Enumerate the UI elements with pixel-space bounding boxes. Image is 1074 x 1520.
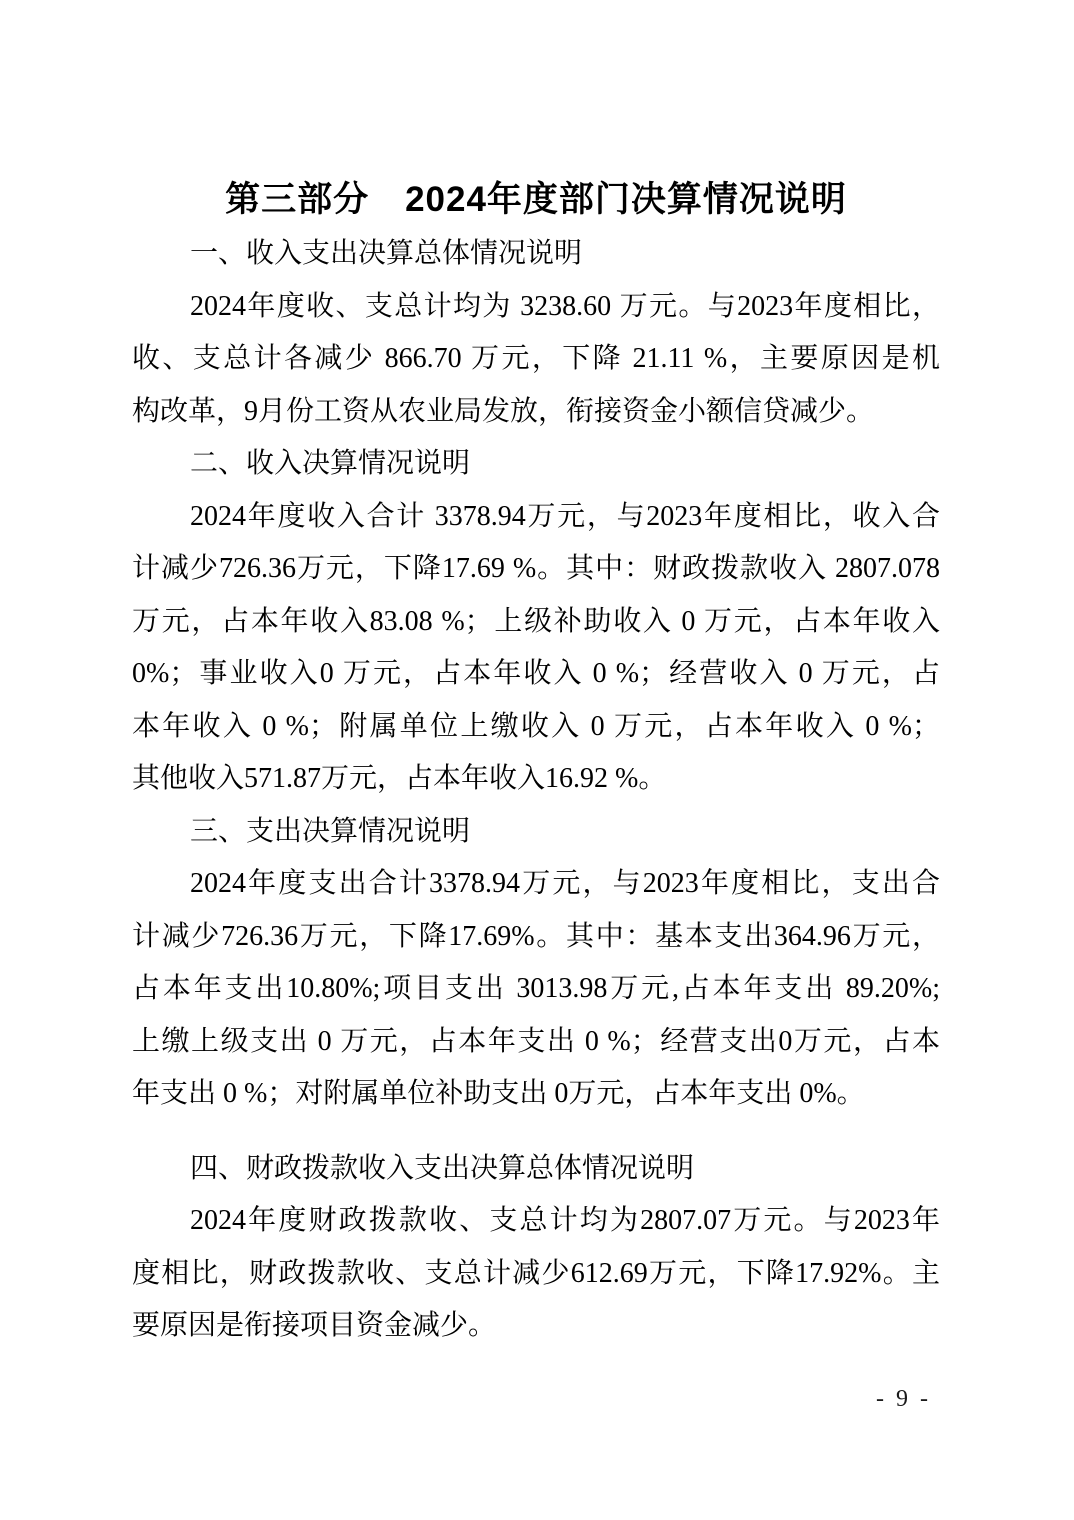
text-line: 计减少726.36万元，下降17.69%。其中：基本支出364.96万元， [132, 911, 940, 964]
text-line: 2024年度收入合计 3378.94万元，与2023年度相比，收入合 [132, 491, 940, 544]
section-heading: 三、支出决算情况说明 [132, 806, 940, 859]
text-line: 2024年度财政拨款收、支总计均为2807.07万元。与2023年 [132, 1195, 940, 1248]
section-heading: 四、财政拨款收入支出决算总体情况说明 [132, 1143, 940, 1196]
text-line: 上缴上级支出 0 万元，占本年支出 0 %；经营支出0万元，占本 [132, 1016, 940, 1069]
section-heading: 一、收入支出决算总体情况说明 [132, 228, 940, 281]
text-line: 2024年度支出合计3378.94万元，与2023年度相比，支出合 [132, 858, 940, 911]
page-number: - 9 - [876, 1386, 931, 1413]
text-line: 其他收入571.87万元，占本年收入16.92 %。 [132, 753, 940, 806]
text-line: 度相比，财政拨款收、支总计减少612.69万元，下降17.92%。主 [132, 1248, 940, 1301]
document-body: 一、收入支出决算总体情况说明 2024年度收、支总计均为 3238.60 万元。… [132, 228, 940, 1353]
text-line: 要原因是衔接项目资金减少。 [132, 1300, 940, 1353]
text-line: 收、支总计各减少 866.70 万元，下降 21.11 %，主要原因是机 [132, 333, 940, 386]
section-fiscal-appropriation: 四、财政拨款收入支出决算总体情况说明 2024年度财政拨款收、支总计均为2807… [132, 1143, 940, 1353]
text-line: 本年收入 0 %；附属单位上缴收入 0 万元，占本年收入 0 %； [132, 701, 940, 754]
text-line: 占本年支出10.80%;项目支出 3013.98万元,占本年支出 89.20%; [132, 963, 940, 1016]
section-heading: 二、收入决算情况说明 [132, 438, 940, 491]
document-page: 第三部分 2024年度部门决算情况说明 一、收入支出决算总体情况说明 2024年… [0, 0, 1074, 1520]
section-revenue-final-accounts: 二、收入决算情况说明 2024年度收入合计 3378.94万元，与2023年度相… [132, 438, 940, 806]
text-line: 年支出 0 %；对附属单位补助支出 0万元，占本年支出 0%。 [132, 1068, 940, 1121]
text-line: 构改革，9月份工资从农业局发放，衔接资金小额信贷减少。 [132, 386, 940, 439]
text-line: 2024年度收、支总计均为 3238.60 万元。与2023年度相比， [132, 281, 940, 334]
page-title: 第三部分 2024年度部门决算情况说明 [132, 174, 940, 226]
text-line: 计减少726.36万元，下降17.69 %。其中：财政拨款收入 2807.078 [132, 543, 940, 596]
text-line: 万元，占本年收入83.08 %；上级补助收入 0 万元，占本年收入 [132, 596, 940, 649]
section-overall-revenue-expenditure: 一、收入支出决算总体情况说明 2024年度收、支总计均为 3238.60 万元。… [132, 228, 940, 438]
text-line: 0%；事业收入0 万元，占本年收入 0 %；经营收入 0 万元，占 [132, 648, 940, 701]
section-expenditure-final-accounts: 三、支出决算情况说明 2024年度支出合计3378.94万元，与2023年度相比… [132, 806, 940, 1121]
